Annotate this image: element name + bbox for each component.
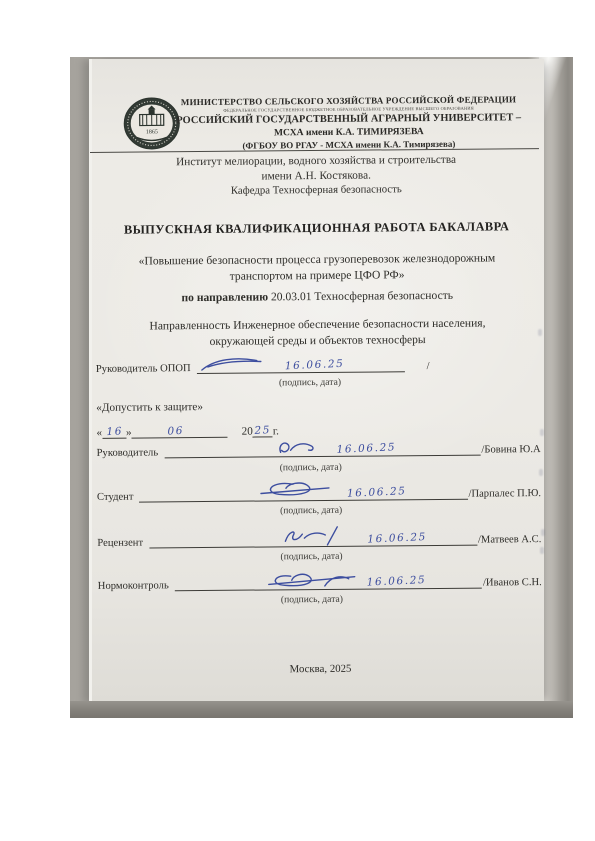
table-surface-shadow <box>70 701 573 718</box>
direction-label: по направлению <box>181 290 268 304</box>
reviewer-signature-icon <box>277 525 341 550</box>
defense-date-line: « 16 » 06 20 25 г. <box>96 419 279 439</box>
department-line: Кафедра Техносферная безопасность <box>90 181 542 199</box>
student-handwritten-date: 16.06.25 <box>347 485 407 500</box>
seal-year-label: 1865 <box>146 129 158 135</box>
norm-control-name: /Иванов С.Н. <box>482 577 542 589</box>
bleed-mark <box>538 329 542 336</box>
title-page-content: 1865 МИНИСТЕРСТВО СЕЛЬСКОГО ХОЗЯЙСТВА РО… <box>89 57 547 706</box>
screenshot-canvas: 1865 МИНИСТЕРСТВО СЕЛЬСКОГО ХОЗЯЙСТВА РО… <box>0 0 595 841</box>
bleed-mark <box>540 429 544 436</box>
bleed-mark <box>540 547 544 554</box>
admit-to-defense-quote: «Допустить к защите» <box>96 401 203 414</box>
year-blank: 25 <box>253 420 273 437</box>
bleed-mark <box>541 529 545 536</box>
header-block: МИНИСТЕРСТВО СЕЛЬСКОГО ХОЗЯЙСТВА РОССИЙС… <box>170 94 528 152</box>
handwritten-month: 06 <box>167 425 184 438</box>
opop-head-row: Руководитель ОПОП 16.06.25 / <box>96 354 430 375</box>
reviewer-label: Рецензент <box>97 537 149 548</box>
city-year-line: Москва, 2025 <box>94 661 546 677</box>
opop-slash: / <box>405 361 430 372</box>
bleed-mark <box>539 469 543 476</box>
student-signature-line: 16.06.25 <box>139 482 467 503</box>
specialization-block: Направленность Инженерное обеспечение бе… <box>91 315 543 351</box>
sign-date-caption: (подпись, дата) <box>93 503 529 518</box>
supervisor-signature-icon <box>274 438 320 458</box>
opop-signature-line: 16.06.25 <box>197 354 405 374</box>
sign-date-caption: (подпись, дата) <box>92 375 528 390</box>
norm-control-handwritten-date: 16.06.25 <box>367 574 427 589</box>
opop-signature-icon <box>199 354 277 375</box>
student-label: Студент <box>97 492 140 503</box>
supervisor-row: Руководитель 16.06.25 /Бовина Ю.А <box>97 437 541 459</box>
direction-line: по направлению 20.03.01 Техносферная без… <box>91 288 543 305</box>
student-name: /Парпалес П.Ю. <box>467 488 541 500</box>
handwritten-year: 25 <box>255 424 272 437</box>
norm-control-label: Нормоконтроль <box>98 580 175 592</box>
reviewer-name: /Матвеев А.С. <box>477 534 542 546</box>
work-type-title: ВЫПУСКНАЯ КВАЛИФИКАЦИОННАЯ РАБОТА БАКАЛА… <box>91 219 543 238</box>
sign-date-caption: (подпись, дата) <box>93 460 529 475</box>
direction-value: 20.03.01 Техносферная безопасность <box>268 289 453 304</box>
thesis-title: «Повышение безопасности процесса грузопе… <box>91 250 543 285</box>
norm-control-row: Нормоконтроль 16.06.25 /Иванов С.Н. <box>98 570 542 592</box>
supervisor-signature-line: 16.06.25 <box>164 438 480 459</box>
day-blank: 16 <box>102 422 126 439</box>
opop-head-label: Руководитель ОПОП <box>96 363 197 375</box>
reviewer-handwritten-date: 16.06.25 <box>367 531 427 546</box>
sign-date-caption: (подпись, дата) <box>94 592 530 607</box>
student-signature-icon <box>259 478 333 505</box>
norm-control-signature-icon <box>267 569 359 594</box>
year-suffix: г. <box>273 425 279 437</box>
norm-control-signature-line: 16.06.25 <box>175 571 482 592</box>
reviewer-signature-line: 16.06.25 <box>149 528 477 549</box>
opop-handwritten-date: 16.06.25 <box>284 358 344 373</box>
year-prefix: 20 <box>228 426 253 438</box>
supervisor-handwritten-date: 16.06.25 <box>336 441 396 456</box>
institute-block: Институт мелиорации, водного хозяйства и… <box>90 152 542 199</box>
supervisor-name: /Бовина Ю.А <box>480 444 540 456</box>
supervisor-label: Руководитель <box>97 447 165 459</box>
academy-name-line: МСХА имени К.А. ТИМИРЯЗЕВА <box>170 125 528 139</box>
reviewer-row: Рецензент 16.06.25 /Матвеев А.С. <box>97 527 541 549</box>
title-page-paper: 1865 МИНИСТЕРСТВО СЕЛЬСКОГО ХОЗЯЙСТВА РО… <box>92 59 544 704</box>
document-photo: 1865 МИНИСТЕРСТВО СЕЛЬСКОГО ХОЗЯЙСТВА РО… <box>70 57 573 718</box>
sign-date-caption: (подпись, дата) <box>93 549 529 564</box>
month-blank: 06 <box>132 421 228 439</box>
student-row: Студент 16.06.25 /Парпалес П.Ю. <box>97 481 541 503</box>
handwritten-day: 16 <box>106 425 123 438</box>
